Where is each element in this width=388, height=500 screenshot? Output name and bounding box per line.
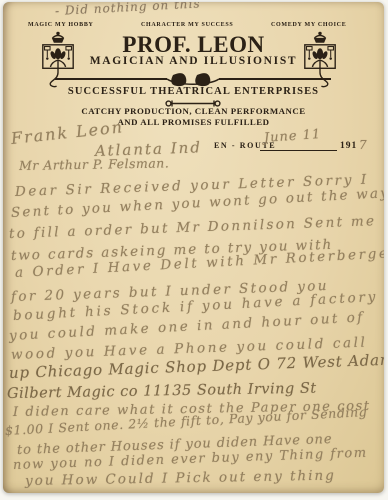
slogan-left: MAGIC MY HOBBY bbox=[28, 22, 94, 28]
date-underline: June 11 bbox=[260, 130, 337, 151]
year-printed: 191 bbox=[340, 141, 357, 151]
year-digit-handwritten: 7 bbox=[359, 138, 367, 152]
top-pencil-note: - Did nothing on this bbox=[55, 2, 201, 18]
leaf-flourish-divider-icon bbox=[55, 71, 331, 87]
tagline-catchy: CATCHY PRODUCTION, CLEAN PERFORMANCE bbox=[3, 106, 384, 116]
slogan-center: CHARACTER MY SUCCESS bbox=[141, 22, 233, 28]
letter-paper: - Did nothing on this MAGIC MY HOBBY CHA… bbox=[3, 2, 384, 493]
slogan-right: COMEDY MY CHOICE bbox=[271, 22, 346, 28]
letterhead-title: MAGICIAN AND ILLUSIONIST bbox=[3, 55, 384, 67]
tagline-enterprises: SUCCESSFUL THEATRICAL ENTERPRISES bbox=[3, 86, 384, 97]
date-handwritten: June 11 bbox=[263, 127, 321, 146]
letter-line: Gilbert Magic co 11135 South Irving St bbox=[7, 381, 317, 402]
letter-line: Mr Arthur P. Felsman. bbox=[19, 155, 170, 173]
